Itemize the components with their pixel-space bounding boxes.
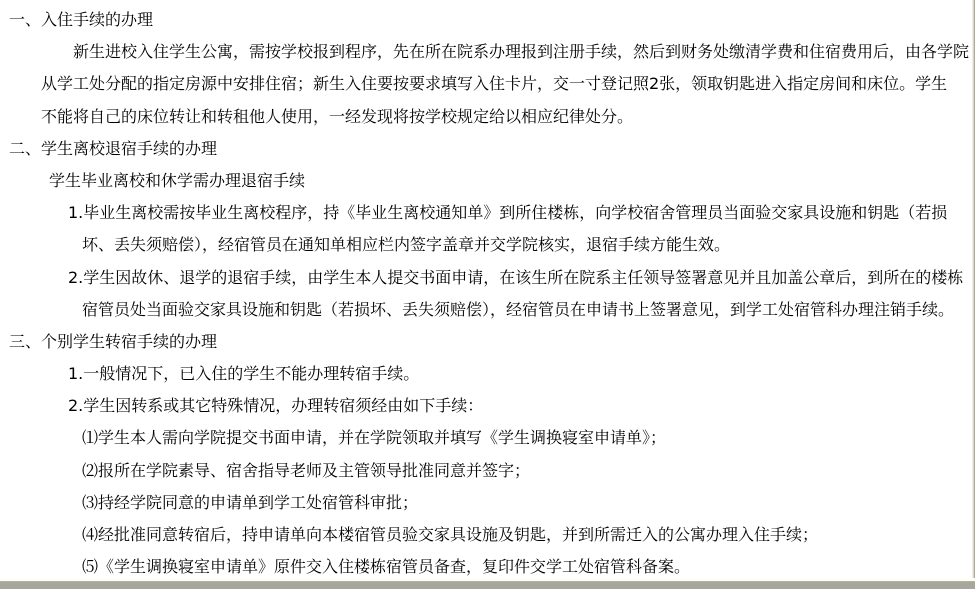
document-line: 从学工处分配的指定房源中安排住宿；新生入住要按要求填写入住卡片，交一寸登记照2张… — [0, 68, 970, 100]
window-bottom-border — [0, 578, 975, 589]
document-line: 不能将自己的床位转让和转租他人使用，一经发现将按学校规定给以相应纪律处分。 — [0, 101, 970, 133]
document-line: 坏、丢失须赔偿），经宿管员在通知单相应栏内签字盖章并交学院核实，退宿手续方能生效… — [0, 229, 970, 261]
document-line: ⑵报所在学院素导、宿舍指导老师及主管领导批准同意并签字； — [0, 455, 970, 487]
document-line: 1.毕业生离校需按毕业生离校程序，持《毕业生离校通知单》到所住楼栋，向学校宿舍管… — [0, 197, 970, 229]
document-line: ⑴学生本人需向学院提交书面申请，并在学院领取并填写《学生调换寝室申请单》； — [0, 422, 970, 454]
document-line: 二、学生离校退宿手续的办理 — [0, 133, 970, 165]
document-line: 三、个别学生转宿手续的办理 — [0, 326, 970, 358]
document-line: 2.学生因转系或其它特殊情况，办理转宿须经由如下手续： — [0, 390, 970, 422]
document-line: 一、入住手续的办理 — [0, 4, 970, 36]
document-line: 宿管员处当面验交家具设施和钥匙（若损坏、丢失须赔偿），经宿管员在申请书上签署意见… — [0, 294, 970, 326]
document-line: ⑷经批准同意转宿后，持申请单向本楼宿管员验交家具设施及钥匙，并到所需迁入的公寓办… — [0, 519, 970, 551]
document-line: ⑶持经学院同意的申请单到学工处宿管科审批； — [0, 487, 970, 519]
document-body: 一、入住手续的办理新生进校入住学生公寓，需按学校报到程序，先在所在院系办理报到注… — [0, 4, 970, 583]
document-line: 2.学生因故休、退学的退宿手续，由学生本人提交书面申请，在该生所在院系主任领导签… — [0, 262, 970, 294]
document-line: 1.一般情况下，已入住的学生不能办理转宿手续。 — [0, 358, 970, 390]
document-line: 学生毕业离校和休学需办理退宿手续 — [0, 165, 970, 197]
document-page: 一、入住手续的办理新生进校入住学生公寓，需按学校报到程序，先在所在院系办理报到注… — [0, 0, 975, 589]
document-line: 新生进校入住学生公寓，需按学校报到程序，先在所在院系办理报到注册手续，然后到财务… — [0, 36, 970, 68]
